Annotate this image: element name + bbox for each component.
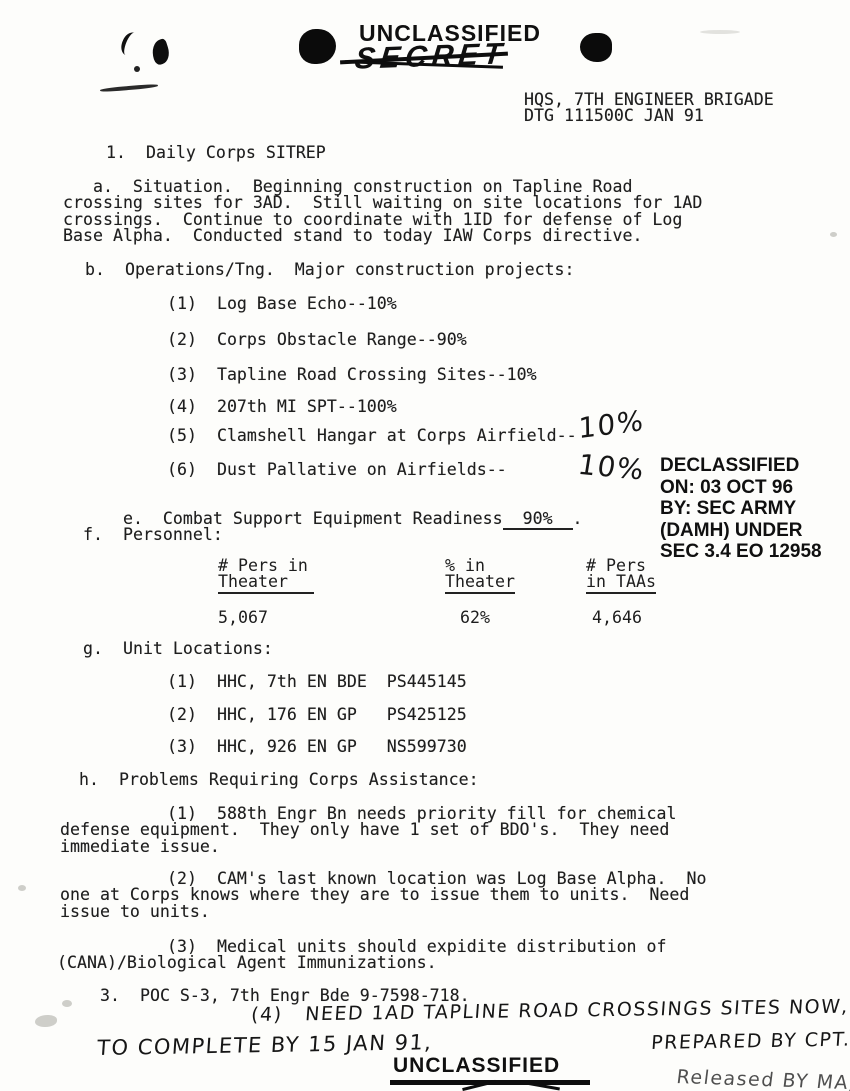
scan-speck xyxy=(35,1015,57,1027)
header-block: HQS, 7TH ENGINEER BRIGADE DTG 111500C JA… xyxy=(524,92,774,125)
section-1-title: 1. Daily Corps SITREP xyxy=(106,145,326,161)
declassified-stamp: DECLASSIFIED ON: 03 OCT 96 BY: SEC ARMY … xyxy=(660,455,822,563)
scan-speck xyxy=(830,232,837,237)
col-value: 5,067 xyxy=(218,608,314,627)
paragraph-h1-line: immediate issue. xyxy=(60,839,677,855)
ink-scribble xyxy=(118,30,142,58)
item-b5: (5) Clamshell Hangar at Corps Airfield-- xyxy=(167,428,577,444)
col-header: in TAAs xyxy=(586,574,656,593)
item-g2: (2) HHC, 176 EN GP PS425125 xyxy=(167,707,467,723)
section-b-title: b. Operations/Tng. Major construction pr… xyxy=(85,262,575,278)
declassified-stamp-line: BY: SEC ARMY xyxy=(660,498,822,520)
paragraph-a: a. Situation. Beginning construction on … xyxy=(63,179,702,245)
paragraph-h1: (1) 588th Engr Bn needs priority fill fo… xyxy=(60,806,677,855)
handwritten-item6-percent: 10% xyxy=(576,448,648,486)
item-b1: (1) Log Base Echo--10% xyxy=(167,296,397,312)
readiness-value: 90% xyxy=(503,511,573,529)
col-value: 62% xyxy=(460,608,515,627)
paragraph-h2-line: issue to units. xyxy=(60,904,706,920)
paragraph-a-line: Base Alpha. Conducted stand to today IAW… xyxy=(63,228,702,244)
item-b6: (6) Dust Pallative on Airfields-- xyxy=(167,462,507,478)
scan-speck xyxy=(18,885,26,891)
personnel-col-theater-pct: % in Theater 62% xyxy=(445,558,515,627)
item-b4: (4) 207th MI SPT--100% xyxy=(167,399,397,415)
declassified-stamp-line: (DAMH) UNDER xyxy=(660,520,822,542)
item-b3: (3) Tapline Road Crossing Sites--10% xyxy=(167,367,537,383)
handwritten-item5-percent: 10% xyxy=(578,404,645,445)
paragraph-h3: (3) Medical units should expidite distri… xyxy=(57,939,667,972)
paragraph-h3-line: (CANA)/Biological Agent Immunizations. xyxy=(57,955,667,971)
section-g-title: g. Unit Locations: xyxy=(83,641,273,657)
item-g1: (1) HHC, 7th EN BDE PS445145 xyxy=(167,674,467,690)
declassified-stamp-line: SEC 3.4 EO 12958 xyxy=(660,541,822,563)
personnel-col-taas-count: # Pers in TAAs 4,646 xyxy=(586,558,656,627)
hole-punch-left xyxy=(299,29,336,64)
section-f-title: f. Personnel: xyxy=(83,527,223,543)
scan-speck xyxy=(62,1000,72,1007)
item-b2: (2) Corps Obstacle Range--90% xyxy=(167,332,467,348)
col-value: 4,646 xyxy=(592,608,656,627)
col-header: Theater xyxy=(445,574,515,593)
handwritten-prepared-by: PREPARED BY CPT. xyxy=(650,1029,850,1055)
section-h-title: h. Problems Requiring Corps Assistance: xyxy=(79,772,479,788)
declassified-stamp-line: DECLASSIFIED xyxy=(660,455,822,477)
declassified-stamp-line: ON: 03 OCT 96 xyxy=(660,477,822,499)
scanned-document-page: UNCLASSIFIED SECRET HQS, 7TH ENGINEER BR… xyxy=(0,0,850,1091)
section-e-suffix: . xyxy=(573,509,583,528)
ink-squiggle xyxy=(100,83,158,92)
bottom-unclassified-stamp: UNCLASSIFIED xyxy=(393,1054,560,1078)
handwritten-note-line2: TO COMPLETE BY 15 JAN 91, xyxy=(96,1030,433,1060)
personnel-col-theater-count: # Pers in Theater 5,067 xyxy=(218,558,314,627)
col-header: Theater xyxy=(218,574,314,593)
ink-dot xyxy=(134,66,140,72)
handwritten-released-by: Released BY MAJ xyxy=(675,1066,850,1091)
scan-speck xyxy=(700,30,740,34)
ink-blot xyxy=(149,38,173,66)
paragraph-h2: (2) CAM's last known location was Log Ba… xyxy=(60,871,706,920)
header-dtg: DTG 111500C JAN 91 xyxy=(524,108,774,124)
item-g3: (3) HHC, 926 EN GP NS599730 xyxy=(167,739,467,755)
hole-punch-right xyxy=(580,33,612,62)
